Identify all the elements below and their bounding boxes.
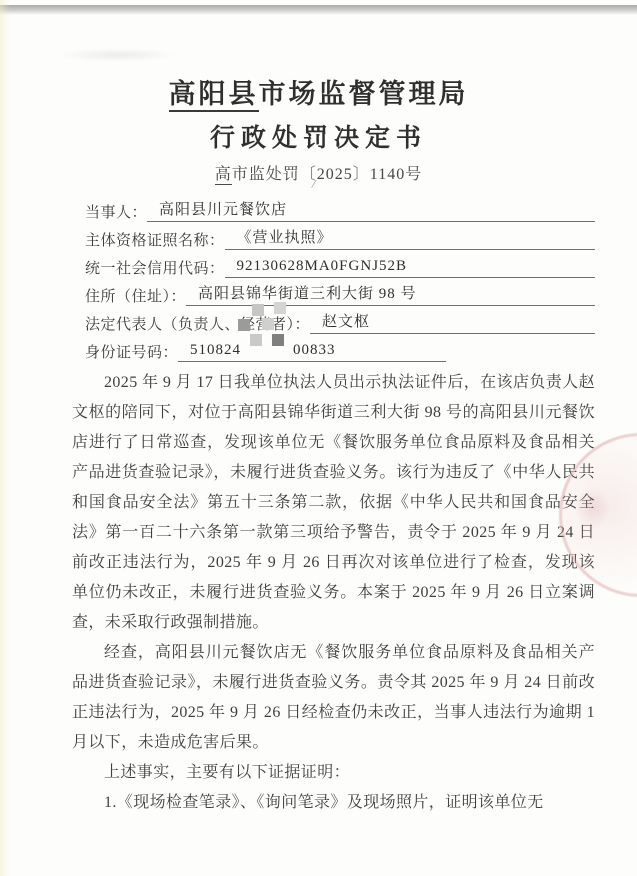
field-license: 主体资格证照名称： 《营业执照》: [85, 222, 595, 250]
field-credit-code-label: 统一社会信用代码：: [85, 257, 225, 278]
doc-number-rest: 市监处罚〔2025〕1140号: [232, 166, 422, 183]
body-paragraph-4: 1.《现场检查笔录》、《询问笔录》及现场照片，证明该单位无: [72, 788, 595, 818]
scan-smudge: [58, 48, 178, 62]
redaction-mosaic-square: [274, 302, 286, 314]
field-license-label: 主体资格证照名称：: [85, 229, 225, 250]
id-number-prefix: 510824: [190, 342, 241, 358]
field-credit-code: 统一社会信用代码： 92130628MA0FGNJ52B: [85, 250, 595, 278]
field-party-value: 高阳县川元餐饮店: [147, 198, 595, 222]
field-address-value: 高阳县锦华街道三利大街 98 号: [186, 282, 595, 306]
redaction-mosaic-square: [262, 318, 274, 330]
body-paragraph-3: 上述事实，主要有以下证据证明：: [72, 758, 595, 788]
document-type-title: 行政处罚决定书: [0, 118, 637, 154]
field-legal-representative: 法定代表人（负责人、经营者）： 赵文枢: [85, 306, 595, 334]
form-fields: 当事人： 高阳县川元餐饮店 主体资格证照名称： 《营业执照》 统一社会信用代码：…: [85, 194, 595, 362]
scanned-document-page: 高阳县市场监督管理局 行政处罚决定书 高市监处罚〔2025〕1140号 当事人：…: [0, 0, 637, 876]
field-license-value: 《营业执照》: [225, 226, 595, 250]
field-party-label: 当事人：: [85, 201, 147, 222]
document-body: 2025 年 9 月 17 日我单位执法人员出示执法证件后，在该店负责人赵文枢的…: [72, 368, 595, 818]
field-legal-representative-label: 法定代表人（负责人、经营者）：: [85, 313, 310, 334]
document-header: 高阳县市场监督管理局 行政处罚决定书 高市监处罚〔2025〕1140号: [0, 0, 637, 184]
redaction-mosaic-square: [250, 334, 262, 346]
document-number: 高市监处罚〔2025〕1140号: [0, 161, 637, 184]
field-legal-representative-value: 赵文枢: [310, 310, 595, 334]
doc-number-underlined: 高: [215, 166, 232, 185]
field-id-number-value: 51082400833: [178, 342, 446, 362]
body-paragraph-2: 经查，高阳县川元餐饮店无《餐饮服务单位食品原料及食品相关产品进货查验记录》，未履…: [72, 638, 595, 758]
issuing-authority-title: 高阳县市场监督管理局: [0, 72, 637, 111]
field-id-number-label: 身份证号码：: [85, 341, 178, 362]
field-credit-code-value: 92130628MA0FGNJ52B: [225, 258, 595, 278]
field-address: 住所（住址）： 高阳县锦华街道三利大街 98 号: [85, 278, 595, 306]
authority-name-rest: 市场监督管理局: [259, 79, 469, 109]
authority-name-underlined: 高阳县: [169, 79, 259, 112]
redaction-mosaic-square: [272, 334, 284, 346]
scan-edge-artifact: [0, 5, 637, 15]
field-id-number: 身份证号码： 51082400833: [85, 334, 595, 362]
redaction-mosaic-square: [252, 304, 264, 316]
redaction-mosaic-square: [238, 319, 250, 331]
field-party: 当事人： 高阳县川元餐饮店: [85, 194, 595, 222]
field-address-label: 住所（住址）：: [85, 285, 186, 306]
body-paragraph-1: 2025 年 9 月 17 日我单位执法人员出示执法证件后，在该店负责人赵文枢的…: [72, 368, 595, 638]
id-number-suffix: 00833: [293, 342, 336, 358]
scan-left-tint: [0, 0, 10, 876]
